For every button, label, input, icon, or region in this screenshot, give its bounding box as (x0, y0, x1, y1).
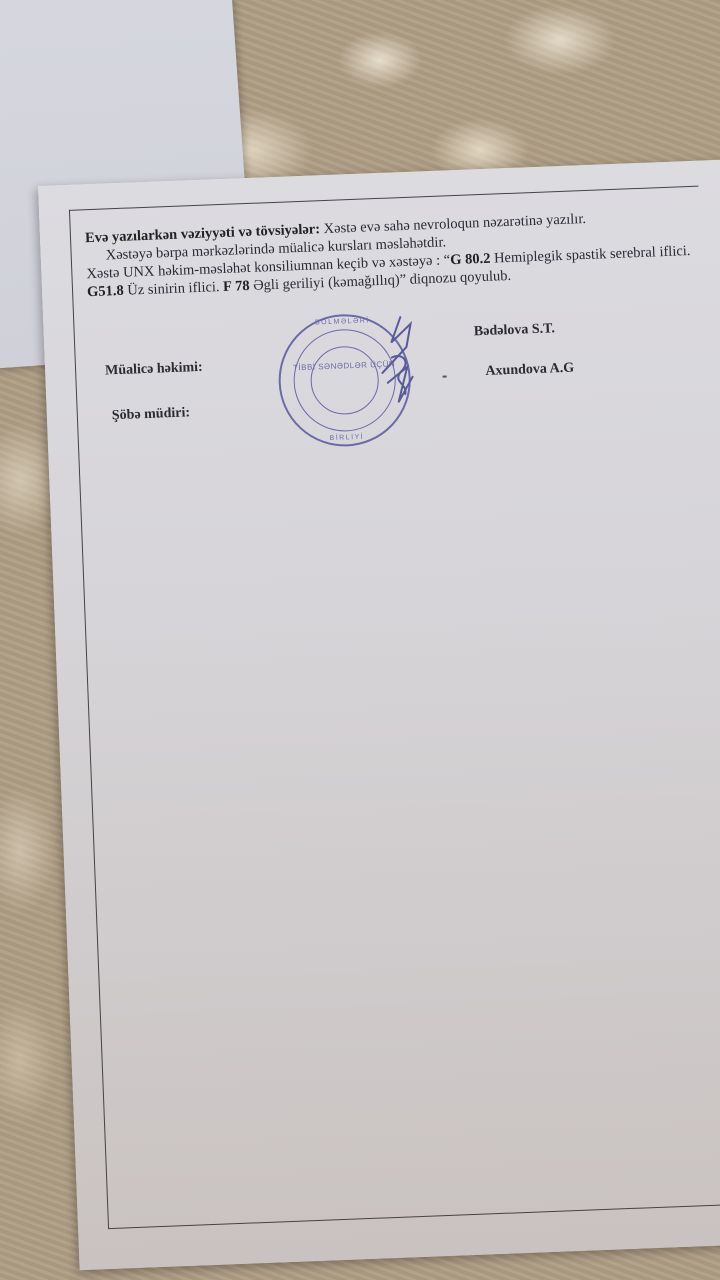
signature-icon (360, 311, 424, 423)
stamp-bottom-text: BİRLİYİ (283, 432, 411, 444)
signatures-section: Müalicə həkimi: Şöbə müdiri: Bədəlova S.… (100, 336, 705, 489)
diagnosis-code-1: G 80.2 (450, 251, 491, 269)
diagnosis-code-2: G51.8 (87, 283, 124, 300)
treating-doctor-label: Müalicə həkimi: (105, 360, 203, 380)
diagnosis-code-3: F 78 (223, 278, 250, 295)
department-head-label: Şöbə müdiri: (112, 405, 191, 424)
medical-discharge-page: Evə yazılarkən vəziyyəti və tövsiyələr: … (38, 158, 720, 1270)
treating-doctor-name: Bədəlova S.T. (474, 321, 556, 340)
department-head-name: Axundova A.G (485, 361, 574, 380)
